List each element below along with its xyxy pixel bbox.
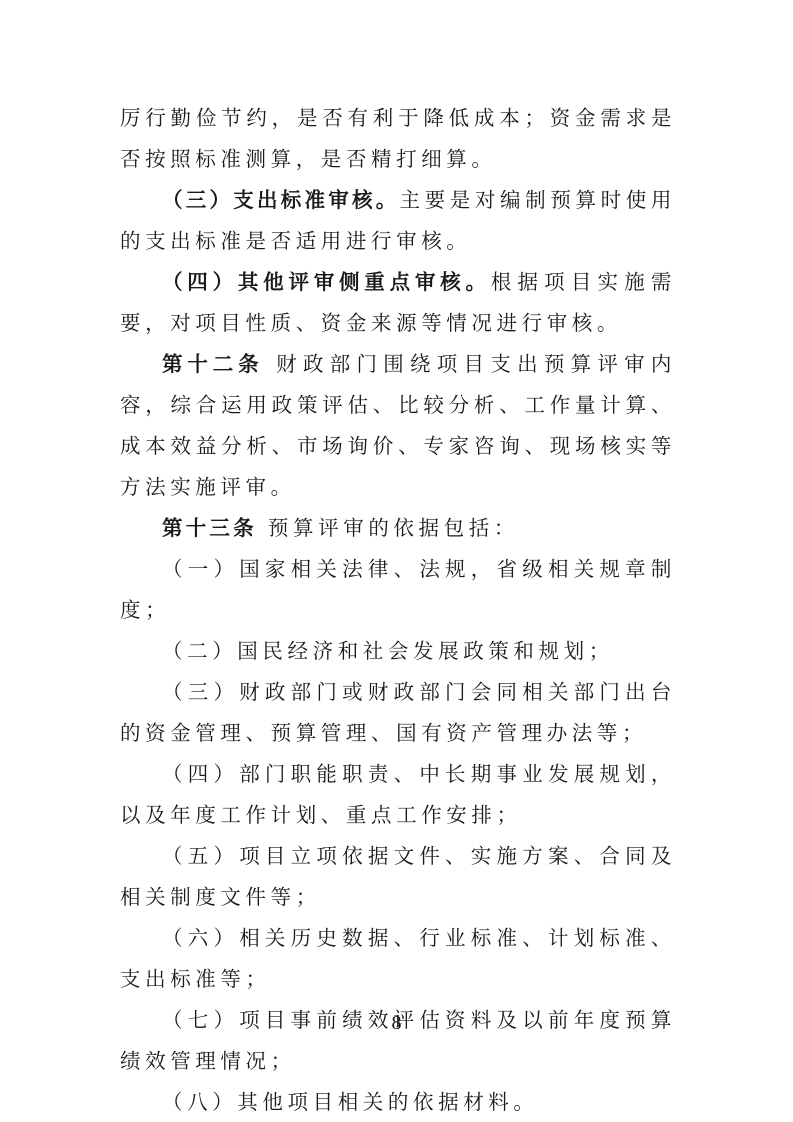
paragraph-continuation: 厉行勤俭节约，是否有利于降低成本；资金需求是否按照标准测算，是否精打细算。 bbox=[120, 98, 676, 180]
paragraph-other-review: （四）其他评审侧重点审核。根据项目实施需要，对项目性质、资金来源等情况进行审核。 bbox=[120, 262, 676, 344]
list-item-text: （三）财政部门或财政部门会同相关部门出台的资金管理、预算管理、国有资产管理办法等… bbox=[120, 680, 676, 745]
list-item: （五）项目立项依据文件、实施方案、合同及相关制度文件等； bbox=[120, 836, 676, 918]
list-item-text: （八）其他项目相关的依据材料。 bbox=[162, 1090, 539, 1114]
paragraph-heading: （四）其他评审侧重点审核。 bbox=[162, 270, 491, 294]
paragraph-text: 厉行勤俭节约，是否有利于降低成本；资金需求是否按照标准测算，是否精打细算。 bbox=[120, 106, 676, 171]
list-item-text: （四）部门职能职责、中长期事业发展规划，以及年度工作计划、重点工作安排； bbox=[120, 762, 676, 827]
list-item-text: （六）相关历史数据、行业标准、计划标准、支出标准等； bbox=[120, 926, 676, 991]
document-page: 厉行勤俭节约，是否有利于降低成本；资金需求是否按照标准测算，是否精打细算。 （三… bbox=[120, 98, 676, 1122]
list-item: （六）相关历史数据、行业标准、计划标准、支出标准等； bbox=[120, 918, 676, 1000]
article-heading: 第十二条 bbox=[162, 352, 263, 376]
page-number: 8 bbox=[0, 1012, 793, 1035]
article-text: 预算评审的依据包括： bbox=[257, 516, 519, 540]
list-item: （三）财政部门或财政部门会同相关部门出台的资金管理、预算管理、国有资产管理办法等… bbox=[120, 672, 676, 754]
article-13: 第十三条 预算评审的依据包括： bbox=[120, 508, 676, 549]
article-12: 第十二条 财政部门围绕项目支出预算评审内容，综合运用政策评估、比较分析、工作量计… bbox=[120, 344, 676, 508]
article-heading: 第十三条 bbox=[162, 516, 257, 540]
list-item: （一）国家相关法律、法规，省级相关规章制度； bbox=[120, 549, 676, 631]
list-item: （二）国民经济和社会发展政策和规划； bbox=[120, 631, 676, 672]
list-item-text: （一）国家相关法律、法规，省级相关规章制度； bbox=[120, 557, 676, 622]
paragraph-expense-standard-review: （三）支出标准审核。主要是对编制预算时使用的支出标准是否适用进行审核。 bbox=[120, 180, 676, 262]
list-item-text: （二）国民经济和社会发展政策和规划； bbox=[162, 639, 614, 663]
list-item: （八）其他项目相关的依据材料。 bbox=[120, 1082, 676, 1122]
list-item: （四）部门职能职责、中长期事业发展规划，以及年度工作计划、重点工作安排； bbox=[120, 754, 676, 836]
list-item-text: （五）项目立项依据文件、实施方案、合同及相关制度文件等； bbox=[120, 844, 676, 909]
paragraph-heading: （三）支出标准审核。 bbox=[162, 188, 399, 212]
